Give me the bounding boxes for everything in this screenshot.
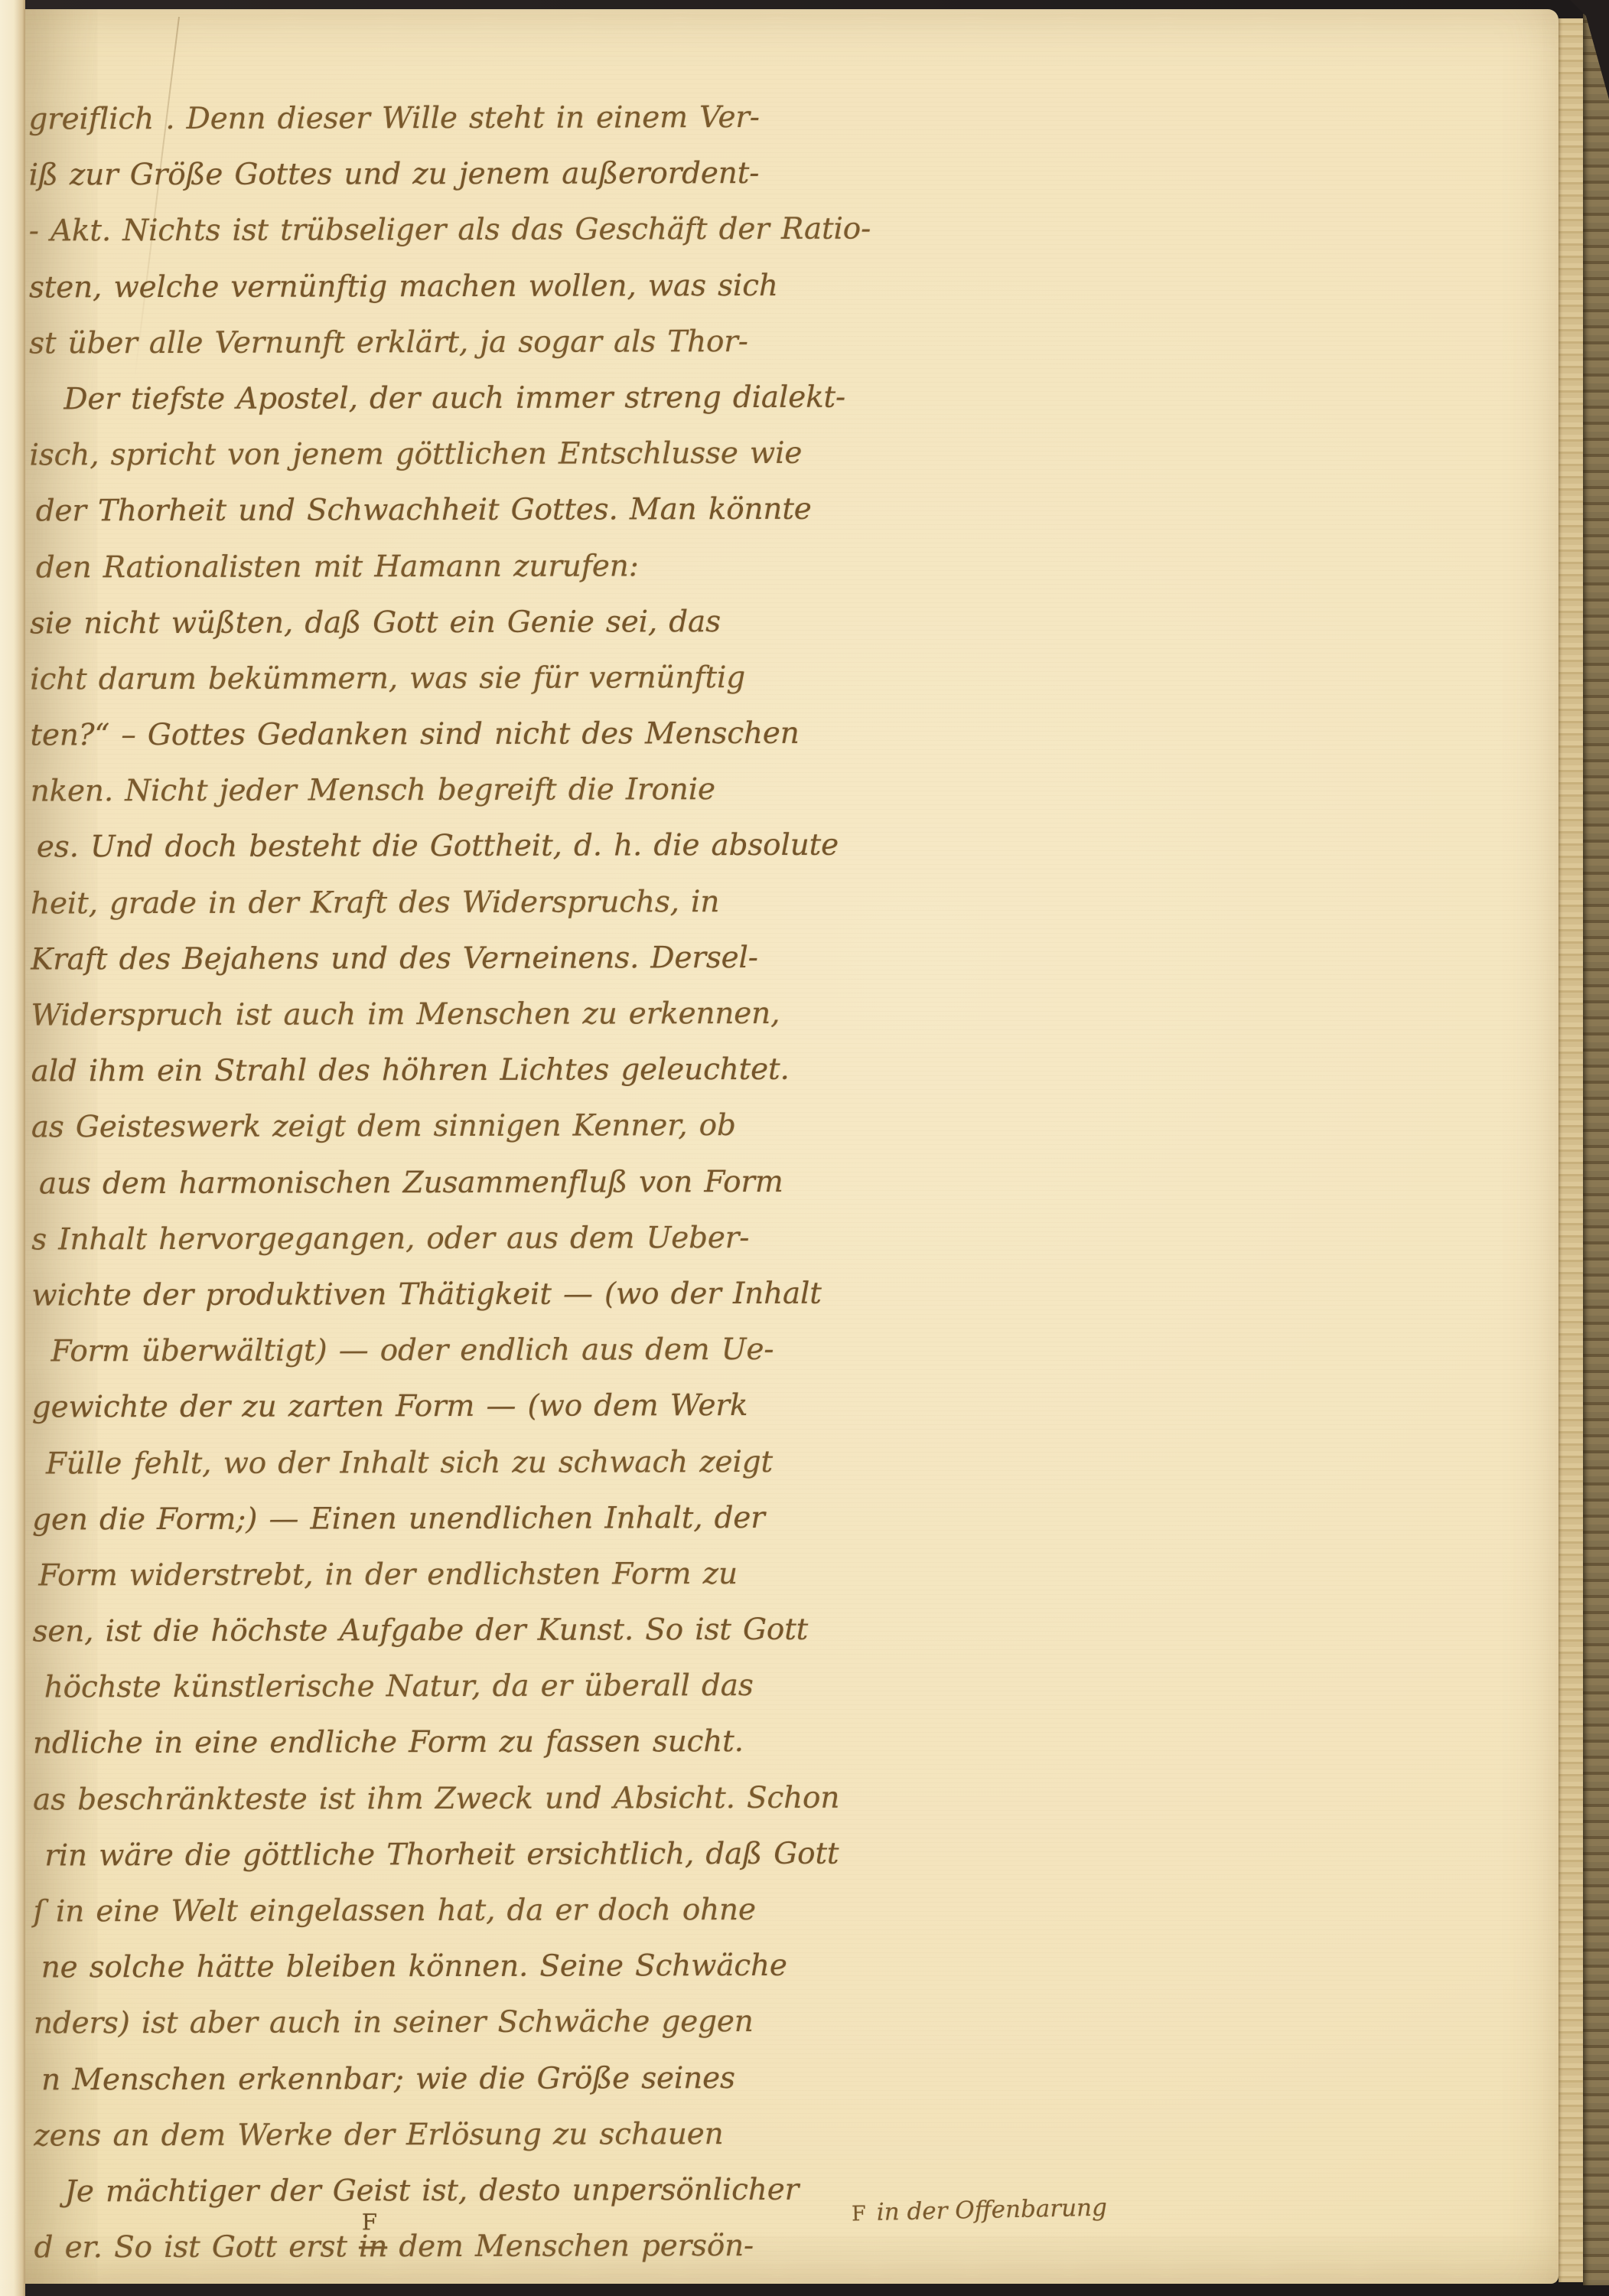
manuscript-line: sie nicht wüßten, daß Gott ein Genie sei…: [30, 593, 871, 651]
manuscript-page: greiflich . Denn dieser Wille steht in e…: [25, 9, 1559, 2284]
manuscript-line: iß zur Größe Gottes und zu jenem außeror…: [28, 145, 870, 204]
manuscript-line: den Rationalisten mit Hamann zurufen:: [30, 537, 871, 595]
manuscript-line: Fülle fehlt, wo der Inhalt sich zu schwa…: [32, 1433, 874, 1492]
manuscript-scan: greiflich . Denn dieser Wille steht in e…: [0, 0, 1609, 2296]
insertion-mark: F: [362, 2194, 378, 2250]
manuscript-line: ten?“ – Gottes Gedanken sind nicht des M…: [30, 706, 871, 764]
manuscript-line: Der tiefste Apostel, der auch immer stre…: [29, 370, 871, 428]
manuscript-line: höchste künstlerische Natur, da er übera…: [33, 1658, 875, 1716]
manuscript-line: ne solche hätte bleiben können. Seine Sc…: [34, 1938, 875, 1996]
manuscript-line: ald ihm ein Strahl des höhren Lichtes ge…: [31, 1042, 873, 1100]
manuscript-text: greiflich . Denn dieser Wille steht in e…: [28, 90, 875, 2276]
manuscript-line: Kraft des Bejahens und des Verneinens. D…: [31, 929, 872, 987]
manuscript-line: aus dem harmonischen Zusammenfluß von Fo…: [31, 1153, 873, 1212]
manuscript-line: zens an dem Werke der Erlösung zu schaue…: [34, 2105, 875, 2164]
manuscript-line: n Menschen erkennbar; wie die Größe sein…: [34, 2050, 875, 2108]
manuscript-line: sten, welche vernünftig machen wollen, w…: [29, 257, 871, 315]
manuscript-line: gen die Form;) — Einen unendlichen Inhal…: [32, 1489, 874, 1548]
manuscript-line: as beschränkteste ist ihm Zweck und Absi…: [33, 1769, 875, 1828]
manuscript-line: Je mächtiger der Geist ist, desto unpers…: [34, 2161, 875, 2219]
manuscript-line: - Akt. Nichts ist trübseliger als das Ge…: [29, 201, 871, 259]
manuscript-line: nken. Nicht jeder Mensch begreift die Ir…: [31, 762, 872, 820]
manuscript-line: d er. So ist Gott erst Fin dem Menschen …: [34, 2218, 876, 2276]
line-text: dem Menschen persön-: [387, 2229, 754, 2264]
line-text: d er. So ist Gott erst: [34, 2229, 359, 2265]
facing-page-edge: [0, 0, 25, 2296]
footnote-text: in der Offenbarung: [876, 2194, 1107, 2226]
manuscript-line: ſ in eine Welt eingelassen hat, da er do…: [33, 1882, 875, 1940]
manuscript-line: ndliche in eine endliche Form zu fassen …: [33, 1714, 875, 1772]
marginal-note: Fin der Offenbarung: [852, 2194, 1108, 2227]
manuscript-line: sen, ist die höchste Aufgabe der Kunst. …: [32, 1602, 874, 1660]
manuscript-line: gewichte der zu zarten Form — (wo dem We…: [32, 1378, 874, 1436]
manuscript-line: Form überwältigt) — oder endlich aus dem…: [31, 1322, 873, 1380]
manuscript-line: s Inhalt hervorgegangen, oder aus dem Ue…: [31, 1209, 873, 1267]
manuscript-line: der Thorheit und Schwachheit Gottes. Man…: [30, 481, 871, 540]
manuscript-line: es. Und doch besteht die Gottheit, d. h.…: [31, 817, 872, 876]
manuscript-line: st über alle Vernunft erklärt, ja sogar …: [29, 313, 871, 371]
manuscript-line: rin wäre die göttliche Thorheit ersichtl…: [33, 1825, 875, 1883]
manuscript-line: heit, grade in der Kraft des Widerspruch…: [31, 873, 872, 931]
manuscript-line: icht darum bekümmern, was sie für vernün…: [30, 649, 871, 707]
manuscript-line: nders) ist aber auch in seiner Schwäche …: [34, 1994, 875, 2052]
manuscript-line: greiflich . Denn dieser Wille steht in e…: [28, 90, 870, 148]
manuscript-line: wichte der produktiven Thätigkeit — (wo …: [31, 1265, 873, 1323]
footnote-mark: F: [852, 2202, 866, 2226]
manuscript-line: as Geisteswerk zeigt dem sinnigen Kenner…: [31, 1097, 873, 1156]
book-fore-edge-shadow: [1583, 14, 1609, 2285]
manuscript-line: Form widerstrebt, in der endlichsten For…: [32, 1545, 874, 1603]
manuscript-line: isch, spricht von jenem göttlichen Entsc…: [29, 426, 871, 484]
book-fore-edge: [1559, 18, 1583, 2282]
correction: Fin: [359, 2229, 387, 2264]
manuscript-line: Widerspruch ist auch im Menschen zu erke…: [31, 986, 872, 1044]
